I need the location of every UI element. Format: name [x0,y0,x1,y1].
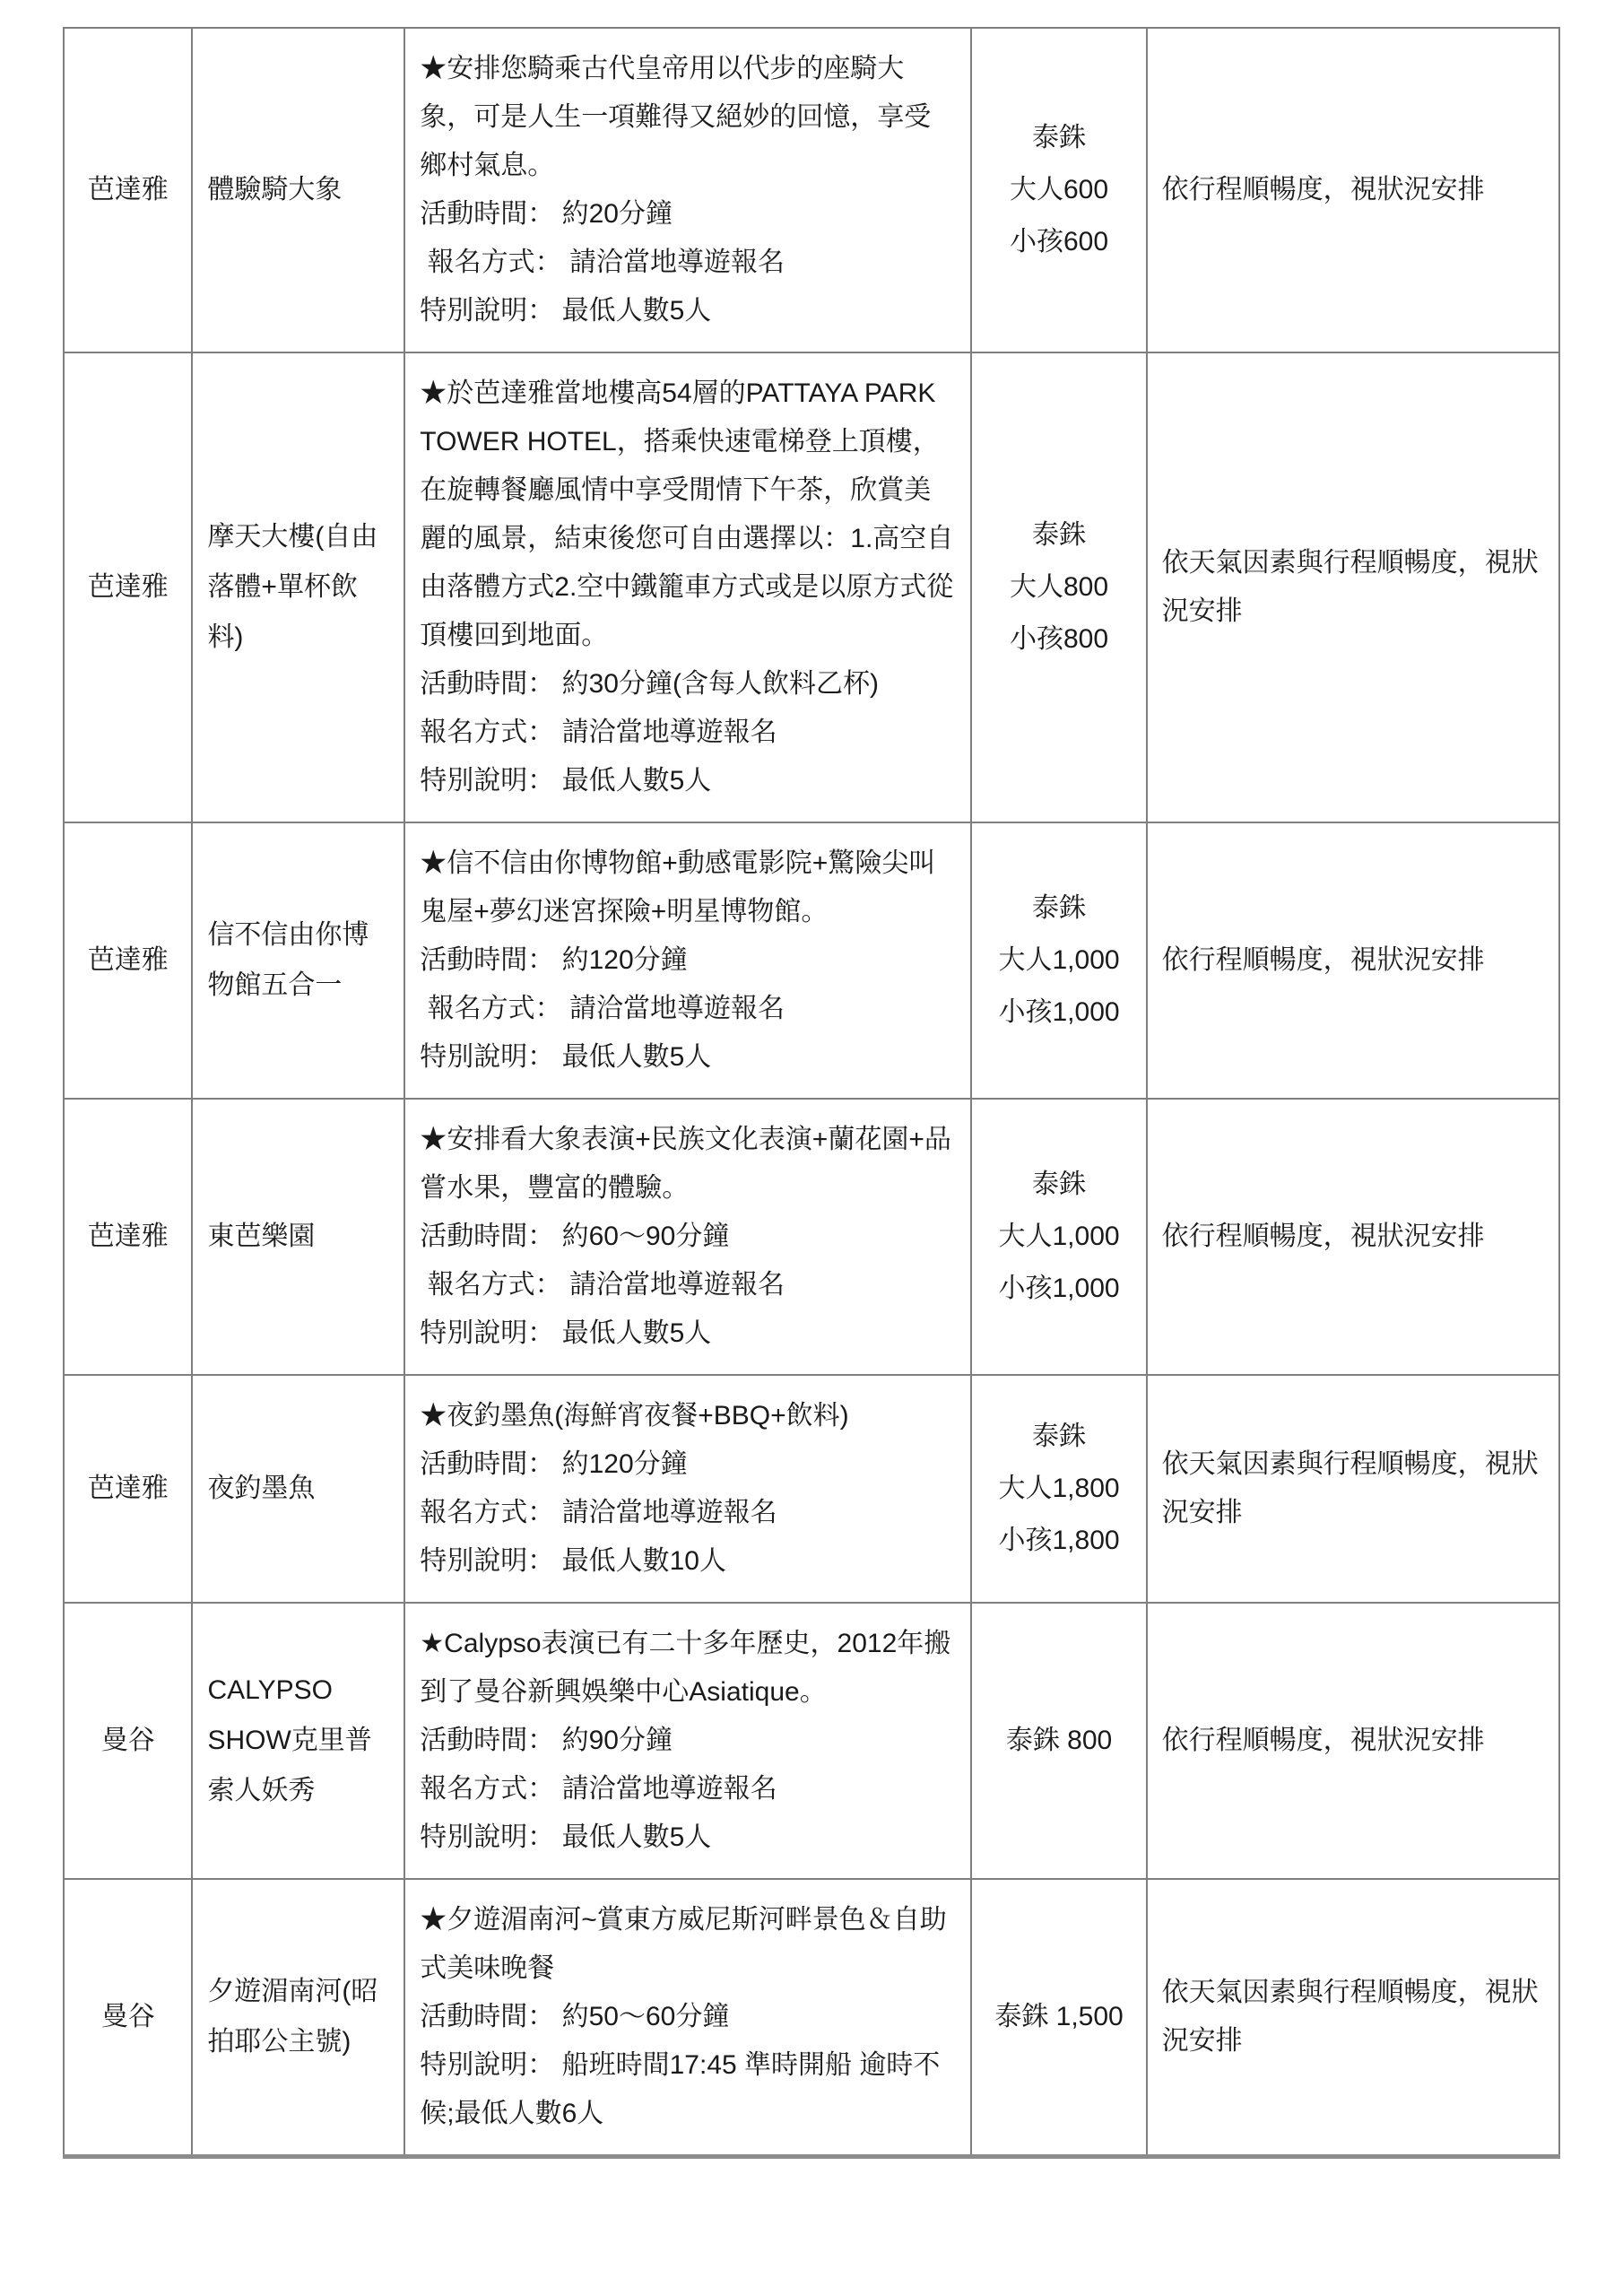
text-line: 特別說明： 最低人數5人 [420,1813,956,1862]
arrangement-note-cell: 依行程順暢度，視狀況安排 [1147,1603,1559,1879]
location-cell: 芭達雅 [64,352,192,822]
location-cell: 芭達雅 [64,28,192,352]
text-line: 泰銖 [979,1159,1138,1211]
text-line: 特別說明： 最低人數5人 [420,757,956,805]
text-line: 大人800 [979,561,1138,613]
optional-tours-table: 芭達雅 體驗騎大象 ★安排您騎乘古代皇帝用以代步的座騎大象，可是人生一項難得又絕… [63,27,1560,2159]
description-cell: ★夕遊湄南河~賞東方威尼斯河畔景色＆自助式美味晚餐活動時間： 約50～60分鐘特… [404,1879,971,2157]
text-line: 活動時間： 約120分鐘 [420,936,956,985]
text-line: 活動時間： 約60～90分鐘 [420,1213,956,1261]
arrangement-note-cell: 依行程順暢度，視狀況安排 [1147,822,1559,1099]
location-cell: 芭達雅 [64,822,192,1099]
text-line: 活動時間： 約120分鐘 [420,1440,956,1489]
text-line: ★夜釣墨魚(海鮮宵夜餐+BBQ+飲料) [420,1392,956,1440]
document-page: 芭達雅 體驗騎大象 ★安排您騎乘古代皇帝用以代步的座騎大象，可是人生一項難得又絕… [0,0,1623,2296]
arrangement-note-cell: 依天氣因素與行程順暢度，視狀況安排 [1147,1375,1559,1603]
tour-name-cell: 信不信由你博物館五合一 [192,822,404,1099]
price-cell: 泰銖大人1,000小孩1,000 [971,822,1146,1099]
text-line: 大人600 [979,164,1138,216]
location-cell: 芭達雅 [64,1099,192,1375]
table-row: 芭達雅 信不信由你博物館五合一 ★信不信由你博物館+動感電影院+驚險尖叫鬼屋+夢… [64,822,1559,1099]
text-line: ★Calypso表演已有二十多年歷史，2012年搬到了曼谷新興娛樂中心Asiat… [420,1620,956,1717]
price-cell: 泰銖大人800小孩800 [971,352,1146,822]
text-line: ★信不信由你博物館+動感電影院+驚險尖叫鬼屋+夢幻迷宮探險+明星博物館。 [420,839,956,936]
tour-name-cell: CALYPSO SHOW克里普索人妖秀 [192,1603,404,1879]
text-line: 小孩600 [979,216,1138,268]
text-line: 泰銖 1,500 [979,1991,1138,2043]
text-line: 泰銖 [979,509,1138,561]
text-line: 報名方式： 請洽當地導遊報名 [420,1765,956,1813]
tour-name-cell: 東芭樂園 [192,1099,404,1375]
location-cell: 曼谷 [64,1603,192,1879]
text-line: 泰銖 800 [979,1715,1138,1767]
location-cell: 曼谷 [64,1879,192,2157]
text-line: 活動時間： 約50～60分鐘 [420,1993,956,2041]
text-line: 特別說明： 最低人數10人 [420,1537,956,1586]
table-row: 芭達雅 夜釣墨魚 ★夜釣墨魚(海鮮宵夜餐+BBQ+飲料)活動時間： 約120分鐘… [64,1375,1559,1603]
description-cell: ★夜釣墨魚(海鮮宵夜餐+BBQ+飲料)活動時間： 約120分鐘報名方式： 請洽當… [404,1375,971,1603]
tour-name-cell: 夜釣墨魚 [192,1375,404,1603]
description-cell: ★安排看大象表演+民族文化表演+蘭花園+品嘗水果，豐富的體驗。活動時間： 約60… [404,1099,971,1375]
text-line: 泰銖 [979,112,1138,164]
text-line: 活動時間： 約20分鐘 [420,190,956,239]
tour-name-cell: 摩天大樓(自由落體+單杯飲料) [192,352,404,822]
description-cell: ★於芭達雅當地樓高54層的PATTAYA PARK TOWER HOTEL，搭乘… [404,352,971,822]
text-line: ★於芭達雅當地樓高54層的PATTAYA PARK TOWER HOTEL，搭乘… [420,370,956,660]
table-row: 曼谷 夕遊湄南河(昭拍耶公主號) ★夕遊湄南河~賞東方威尼斯河畔景色＆自助式美味… [64,1879,1559,2157]
price-cell: 泰銖 800 [971,1603,1146,1879]
text-line: ★夕遊湄南河~賞東方威尼斯河畔景色＆自助式美味晚餐 [420,1896,956,1993]
description-cell: ★Calypso表演已有二十多年歷史，2012年搬到了曼谷新興娛樂中心Asiat… [404,1603,971,1879]
text-line: 大人1,000 [979,1211,1138,1263]
arrangement-note-cell: 依行程順暢度，視狀況安排 [1147,1099,1559,1375]
description-cell: ★安排您騎乘古代皇帝用以代步的座騎大象，可是人生一項難得又絕妙的回憶，享受鄉村氣… [404,28,971,352]
table-row: 芭達雅 摩天大樓(自由落體+單杯飲料) ★於芭達雅當地樓高54層的PATTAYA… [64,352,1559,822]
text-line: 特別說明： 最低人數5人 [420,1033,956,1082]
text-line: 大人1,800 [979,1463,1138,1515]
price-cell: 泰銖大人1,800小孩1,800 [971,1375,1146,1603]
location-cell: 芭達雅 [64,1375,192,1603]
description-cell: ★信不信由你博物館+動感電影院+驚險尖叫鬼屋+夢幻迷宮探險+明星博物館。活動時間… [404,822,971,1099]
text-line: 小孩1,800 [979,1515,1138,1567]
text-line: 報名方式： 請洽當地導遊報名 [420,709,956,757]
text-line: 泰銖 [979,1411,1138,1463]
text-line: ★安排您騎乘古代皇帝用以代步的座騎大象，可是人生一項難得又絕妙的回憶，享受鄉村氣… [420,45,956,190]
text-line: 小孩1,000 [979,1263,1138,1315]
arrangement-note-cell: 依行程順暢度，視狀況安排 [1147,28,1559,352]
tour-name-cell: 體驗騎大象 [192,28,404,352]
text-line: ★安排看大象表演+民族文化表演+蘭花園+品嘗水果，豐富的體驗。 [420,1116,956,1213]
arrangement-note-cell: 依天氣因素與行程順暢度，視狀況安排 [1147,1879,1559,2157]
tour-name-cell: 夕遊湄南河(昭拍耶公主號) [192,1879,404,2157]
text-line: 報名方式： 請洽當地導遊報名 [420,1261,956,1309]
text-line: 特別說明： 船班時間17:45 準時開船 逾時不候;最低人數6人 [420,2041,956,2138]
arrangement-note-cell: 依天氣因素與行程順暢度，視狀況安排 [1147,352,1559,822]
text-line: 活動時間： 約30分鐘(含每人飲料乙杯) [420,660,956,709]
text-line: 小孩1,000 [979,987,1138,1039]
text-line: 報名方式： 請洽當地導遊報名 [420,985,956,1033]
text-line: 報名方式： 請洽當地導遊報名 [420,239,956,287]
price-cell: 泰銖 1,500 [971,1879,1146,2157]
price-cell: 泰銖大人1,000小孩1,000 [971,1099,1146,1375]
text-line: 特別說明： 最低人數5人 [420,287,956,335]
text-line: 泰銖 [979,883,1138,935]
table-row: 芭達雅 東芭樂園 ★安排看大象表演+民族文化表演+蘭花園+品嘗水果，豐富的體驗。… [64,1099,1559,1375]
table-row: 曼谷 CALYPSO SHOW克里普索人妖秀 ★Calypso表演已有二十多年歷… [64,1603,1559,1879]
table-row: 芭達雅 體驗騎大象 ★安排您騎乘古代皇帝用以代步的座騎大象，可是人生一項難得又絕… [64,28,1559,352]
text-line: 報名方式： 請洽當地導遊報名 [420,1489,956,1537]
text-line: 大人1,000 [979,935,1138,987]
text-line: 小孩800 [979,613,1138,665]
text-line: 活動時間： 約90分鐘 [420,1717,956,1765]
table-body: 芭達雅 體驗騎大象 ★安排您騎乘古代皇帝用以代步的座騎大象，可是人生一項難得又絕… [64,28,1559,2157]
text-line: 特別說明： 最低人數5人 [420,1309,956,1358]
price-cell: 泰銖大人600小孩600 [971,28,1146,352]
